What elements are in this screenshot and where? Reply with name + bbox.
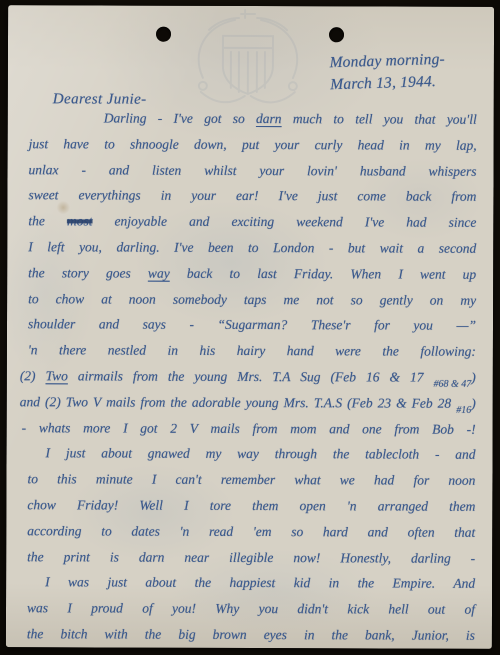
underlined-word: way	[148, 265, 170, 280]
letter-text: much to tell you that you'll	[282, 111, 477, 127]
letter-line: Darling - I've got so darn much to tell …	[104, 105, 477, 132]
letter-line: (2) Two airmails from the young Mrs. T.A…	[20, 363, 476, 390]
letter-text: - whats more I got 2 V mails from mom an…	[22, 420, 476, 437]
letter-line: the print is darn near illegible now! Ho…	[27, 544, 475, 571]
letter-line: sweet everythings in your ear! I've just…	[28, 183, 476, 210]
date-line-2: March 13, 1944.	[330, 71, 446, 97]
letter-photo: Monday morning- March 13, 1944. Dearest …	[0, 0, 500, 655]
letter-text: enjoyable and exciting weekend I've had …	[92, 214, 476, 230]
letter-text: I was just about the happiest kid in the…	[45, 575, 475, 592]
embossed-crest-watermark	[173, 8, 323, 121]
letter-line: chow Friday! Well I tore them open 'n ar…	[27, 492, 475, 519]
letter-line: I left you, darling. I've been to London…	[28, 234, 476, 261]
letter-text: )	[471, 370, 476, 385]
letter-line: the most enjoyable and exciting weekend …	[28, 208, 476, 235]
letter-text: the print is darn near illegible now! Ho…	[27, 549, 475, 566]
letter-line: 'n there nestled in his hairy hand were …	[28, 337, 476, 364]
letter-line: to this minute I can't remember what we …	[27, 466, 475, 493]
letter-line: I was just about the happiest kid in the…	[45, 570, 475, 597]
letter-text: 'n there nestled in his hairy hand were …	[28, 342, 476, 359]
letter-text: back to last Friday. When I went up	[170, 266, 477, 282]
letter-text: sweet everythings in your ear! I've just…	[28, 188, 476, 205]
letter-line: shoulder and says - “Sugarman? These'r f…	[28, 312, 476, 339]
hole-punch-right-icon	[329, 27, 344, 42]
letter-text: the story goes	[28, 265, 148, 280]
letter-line: was I proud of you! Why you didn't kick …	[27, 595, 475, 622]
letter-line: just have to shnoogle down, put your cur…	[29, 131, 477, 158]
underlined-word: darn	[256, 111, 282, 126]
letter-text: to this minute I can't remember what we …	[27, 471, 475, 488]
letter-text: just have to shnoogle down, put your cur…	[29, 136, 477, 153]
letter-line: the bitch with the big brown eyes in the…	[27, 621, 475, 648]
date-block: Monday morning- March 13, 1944.	[329, 49, 446, 97]
letter-line: the story goes way back to last Friday. …	[28, 260, 476, 287]
letter-text: I just about gnawed my way through the t…	[46, 446, 476, 463]
hole-punch-left-icon	[156, 27, 171, 42]
letter-line: unlax - and listen whilst your lovin' hu…	[29, 157, 477, 184]
letter-line: and (2) Two V mails from the adorable yo…	[20, 389, 476, 416]
letter-line: according to dates 'n read 'em so hard a…	[27, 518, 475, 545]
letter-line: I just about gnawed my way through the t…	[46, 441, 476, 468]
letter-text: shoulder and says - “Sugarman? These'r f…	[28, 317, 476, 334]
letter-text: airmails from the young Mrs. T.A Sug (Fe…	[68, 368, 434, 384]
letter-line: to chow at noon somebody taps me not so …	[28, 286, 476, 313]
letter-paper: Monday morning- March 13, 1944. Dearest …	[6, 5, 494, 649]
letter-line: - whats more I got 2 V mails from mom an…	[22, 415, 476, 442]
letter-text: (2)	[20, 368, 46, 383]
mail-number-annotation: #68 & 47	[433, 372, 471, 398]
letter-text: to chow at noon somebody taps me not so …	[28, 291, 476, 308]
letter-text: unlax - and listen whilst your lovin' hu…	[29, 162, 477, 179]
letter-body: Darling - I've got so darn much to tell …	[27, 105, 484, 648]
letter-text: according to dates 'n read 'em so hard a…	[27, 523, 475, 540]
letter-text: and (2) Two V mails from the adorable yo…	[20, 394, 457, 411]
letter-text: )	[471, 396, 476, 411]
letter-text: the	[28, 213, 67, 228]
mail-number-annotation: #16	[456, 397, 471, 423]
letter-text: the bitch with the big brown eyes in the…	[27, 626, 475, 643]
letter-text: I left you, darling. I've been to London…	[28, 239, 476, 256]
crossed-out-word: most	[67, 214, 93, 229]
letter-text: Darling - I've got so	[104, 110, 256, 126]
letter-text: was I proud of you! Why you didn't kick …	[27, 600, 475, 617]
underlined-word: Two	[46, 368, 68, 383]
letter-text: chow Friday! Well I tore them open 'n ar…	[27, 497, 475, 514]
